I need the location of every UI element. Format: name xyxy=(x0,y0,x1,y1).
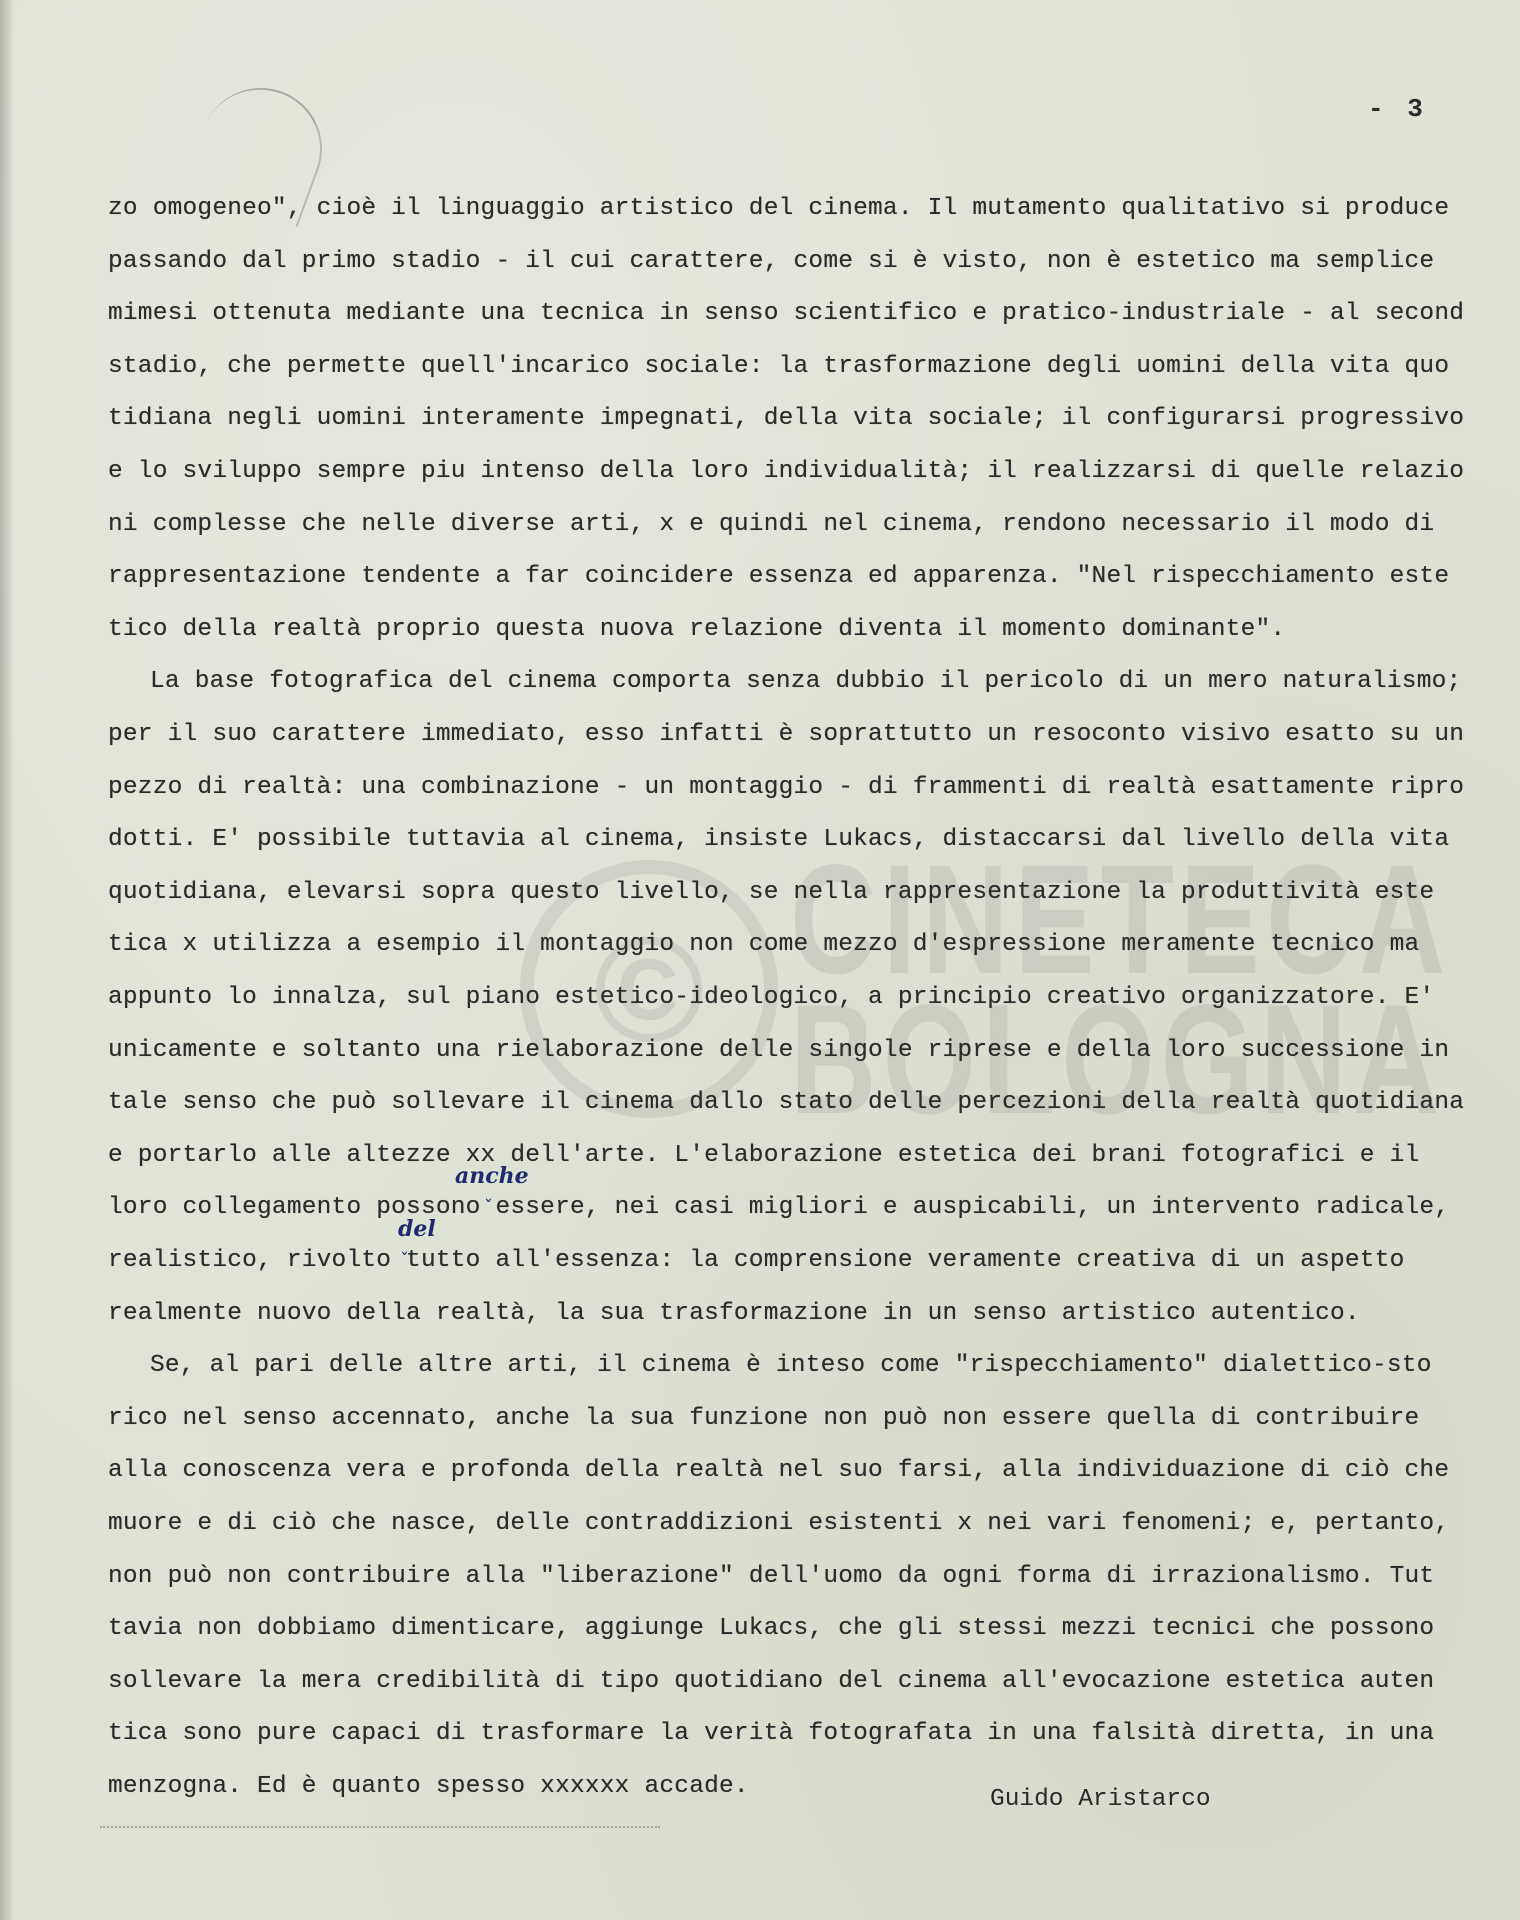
handwritten-insertion-del: del xyxy=(398,1216,436,1242)
text-line: muore e di ciò che nasce, delle contradd… xyxy=(108,1510,1449,1537)
text-line: menzogna. Ed è quanto spesso xxxxxx acca… xyxy=(108,1773,749,1800)
insertion-caret-icon: ˇ xyxy=(484,1197,493,1218)
text-line: tale senso che può sollevare il cinema d… xyxy=(108,1089,1464,1116)
handwritten-insertion-anche: anche xyxy=(455,1163,529,1189)
text-line: mimesi ottenuta mediante una tecnica in … xyxy=(108,300,1464,327)
signature: Guido Aristarco xyxy=(990,1786,1211,1813)
text-line: realistico, rivolto tutto all'essenza: l… xyxy=(108,1247,1405,1274)
text-line: zo omogeneo", cioè il linguaggio artisti… xyxy=(108,195,1449,222)
watermark-line-1: CINETECA xyxy=(790,830,1451,1009)
text-line: tica x utilizza a esempio il montaggio n… xyxy=(108,931,1419,958)
text-line: e lo sviluppo sempre piu intenso della l… xyxy=(108,458,1464,485)
text-line: tica sono pure capaci di trasformare la … xyxy=(108,1720,1434,1747)
text-line: appunto lo innalza, sul piano estetico-i… xyxy=(108,984,1434,1011)
dotted-rule xyxy=(100,1826,660,1830)
page-number: - 3 xyxy=(1368,94,1427,124)
insertion-caret-icon: ˇ xyxy=(400,1250,409,1271)
text-line: loro collegamento possono essere, nei ca… xyxy=(108,1194,1449,1221)
text-line: realmente nuovo della realtà, la sua tra… xyxy=(108,1300,1360,1327)
document-page: - 3 © CINETECA BOLOGNA zo omogeneo", cio… xyxy=(0,0,1520,1920)
text-line: rappresentazione tendente a far coincide… xyxy=(108,563,1449,590)
text-line: La base fotografica del cinema comporta … xyxy=(150,668,1461,695)
text-line: unicamente e soltanto una rielaborazione… xyxy=(108,1037,1449,1064)
text-line: ni complesse che nelle diverse arti, x e… xyxy=(108,511,1434,538)
text-line: pezzo di realtà: una combinazione - un m… xyxy=(108,774,1464,801)
text-line: Se, al pari delle altre arti, il cinema … xyxy=(150,1352,1432,1379)
text-line: dotti. E' possibile tuttavia al cinema, … xyxy=(108,826,1449,853)
text-line: tico della realtà proprio questa nuova r… xyxy=(108,616,1285,643)
text-line: stadio, che permette quell'incarico soci… xyxy=(108,353,1449,380)
text-line: e portarlo alle altezze xx dell'arte. L'… xyxy=(108,1142,1419,1169)
text-line: rico nel senso accennato, anche la sua f… xyxy=(108,1405,1419,1432)
text-line: quotidiana, elevarsi sopra questo livell… xyxy=(108,879,1434,906)
text-line: tavia non dobbiamo dimenticare, aggiunge… xyxy=(108,1615,1434,1642)
text-line: alla conoscenza vera e profonda della re… xyxy=(108,1457,1449,1484)
text-line: tidiana negli uomini interamente impegna… xyxy=(108,405,1464,432)
text-line: per il suo carattere immediato, esso inf… xyxy=(108,721,1464,748)
text-line: non può non contribuire alla "liberazion… xyxy=(108,1563,1434,1590)
text-line: sollevare la mera credibilità di tipo qu… xyxy=(108,1668,1434,1695)
text-line: passando dal primo stadio - il cui carat… xyxy=(108,248,1434,275)
